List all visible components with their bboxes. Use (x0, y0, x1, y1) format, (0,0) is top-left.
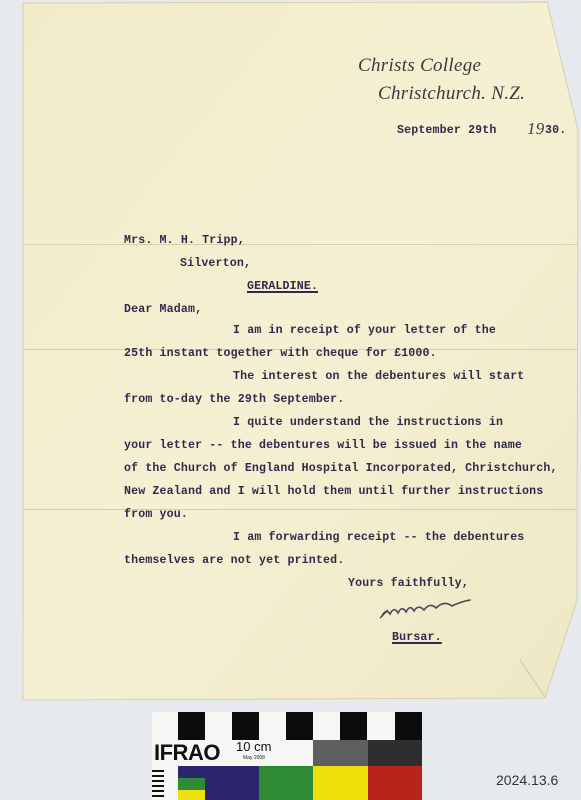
recipient-name: Mrs. M. H. Tripp, (124, 234, 245, 247)
body-line: New Zealand and I will hold them until f… (124, 485, 543, 498)
body-line: your letter -- the debentures will be is… (124, 439, 522, 452)
body-line: I am forwarding receipt -- the debenture… (233, 531, 524, 544)
recipient-town: GERALDINE. (247, 280, 318, 293)
ifrao-scale-bar: IFRAO 10 cm May 2008 (152, 712, 422, 800)
salutation: Dear Madam, (124, 303, 202, 316)
accession-number: 2024.13.6 (496, 772, 558, 788)
scale-small-yellow-patch (178, 790, 205, 800)
signature (378, 596, 478, 624)
scale-tick (152, 795, 164, 797)
closing: Yours faithfully, (348, 577, 469, 590)
scale-yellow-patch (313, 766, 368, 800)
letterhead-line2: Christchurch. N.Z. (378, 83, 525, 105)
body-line: 25th instant together with cheque for £1… (124, 347, 437, 360)
scale-grey-patch (313, 740, 368, 766)
scale-brand: IFRAO (154, 740, 220, 766)
letterhead-line1: Christs College (358, 55, 481, 77)
body-line: I quite understand the instructions in (233, 416, 503, 429)
scale-tick (152, 790, 164, 792)
scale-red-patch (368, 766, 422, 800)
scale-black-square (232, 712, 259, 740)
letter-date: September 29th (397, 124, 497, 137)
scale-black-square (178, 712, 205, 740)
scale-black-square (286, 712, 313, 740)
scale-tick (152, 775, 164, 777)
scale-tick (152, 780, 164, 782)
scale-black-square (340, 712, 367, 740)
paper-fold (23, 244, 578, 245)
scale-black-square (395, 712, 422, 740)
scale-small-green-patch (178, 778, 205, 790)
scale-edition: May 2008 (243, 755, 265, 761)
body-line: of the Church of England Hospital Incorp… (124, 462, 558, 475)
scale-green-patch (259, 766, 313, 800)
recipient-locality: Silverton, (180, 257, 251, 270)
body-line: themselves are not yet printed. (124, 554, 344, 567)
scale-dark-grey-patch (368, 740, 422, 766)
signature-title: Bursar. (392, 631, 442, 644)
body-line: I am in receipt of your letter of the (233, 324, 496, 337)
scale-length: 10 cm (236, 739, 271, 754)
date-year-prefix: 19 (527, 119, 545, 139)
body-line: from to-day the 29th September. (124, 393, 344, 406)
body-line: The interest on the debentures will star… (233, 370, 524, 383)
scale-tick (152, 785, 164, 787)
letter-paper: Christs College Christchurch. N.Z. Septe… (0, 0, 581, 800)
paper-fold (23, 509, 578, 510)
scale-tick (152, 770, 164, 772)
body-line: from you. (124, 508, 188, 521)
date-year-suffix: 30. (545, 124, 566, 137)
